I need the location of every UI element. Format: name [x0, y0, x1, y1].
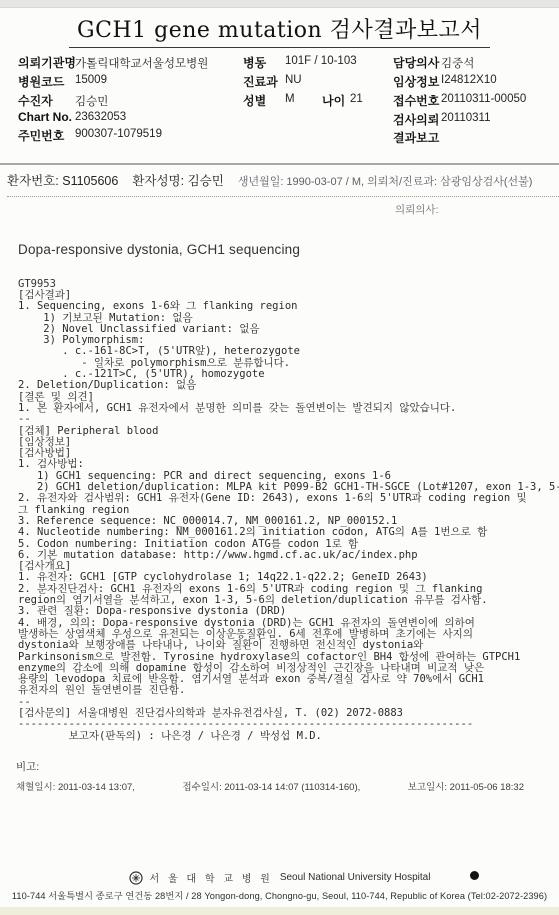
- collected-at: 채혈일시: 2011-03-14 13:07,: [16, 779, 135, 793]
- field-ward-label: 병동: [243, 54, 266, 71]
- field-org-label: 의뢰기관명: [18, 54, 76, 71]
- field-request-label: 검사의뢰: [393, 111, 439, 128]
- test-title: Dopa-responsive dystonia, GCH1 sequencin…: [18, 242, 559, 257]
- field-receipt-value: 20110311-00050: [441, 93, 526, 105]
- hospital-name-row: 서 울 대 학 교 병 원 Seoul National University …: [0, 870, 559, 885]
- results-section: [검사결과] 1. Sequencing, exons 1-6와 그 flank…: [18, 290, 559, 392]
- scan-bottom-edge: [0, 907, 559, 915]
- field-age-label: 나이: [322, 92, 345, 109]
- page-title: GCH1 gene mutation 검사결과보고서: [69, 13, 490, 48]
- conclusion-section: [결론 및 의견] 1. 본 환자에서, GCH1 유전자에서 분명한 의미를 …: [18, 392, 559, 415]
- field-sex-value: M: [285, 93, 295, 105]
- stamp-dot-icon: [470, 871, 479, 880]
- field-receipt-label: 접수번호: [393, 92, 439, 109]
- hospital-logo-icon: [129, 871, 143, 885]
- field-hospital-code-value: 15009: [75, 74, 107, 86]
- hospital-name-english: Seoul National University Hospital: [280, 872, 431, 883]
- scanned-report-page: GCH1 gene mutation 검사결과보고서 의뢰기관명 가톨릭대학교서…: [0, 0, 559, 915]
- reported-at: 보고일시: 2011-05-06 18:32: [408, 779, 524, 793]
- field-examinee-value: 김승민: [75, 93, 108, 109]
- field-resident-value: 900307-1079519: [75, 128, 162, 140]
- field-doctor-label: 담당의사: [393, 54, 439, 71]
- patient-name: 환자성명: 김승민: [132, 171, 223, 189]
- field-clinical-label: 임상정보: [393, 73, 439, 90]
- patient-birth-info: 생년월일: 1990-03-07 / M, 의뢰처/진료과: 삼광임상검사(선불…: [238, 173, 533, 189]
- field-chart-label: Chart No.: [18, 110, 72, 124]
- received-at: 접수일시: 2011-03-14 14:07 (110314-160),: [182, 779, 360, 793]
- hospital-name-korean: 서 울 대 학 교 병 원: [150, 870, 273, 885]
- field-hospital-code-label: 병원코드: [18, 73, 64, 90]
- patient-bar: 환자번호: S1105606 환자성명: 김승민 생년월일: 1990-03-0…: [0, 163, 559, 217]
- field-doctor-value: 김중석: [441, 55, 474, 71]
- date-row: 채혈일시: 2011-03-14 13:07, 접수일시: 2011-03-14…: [16, 779, 524, 793]
- field-clinical-value: I24812X10: [441, 74, 497, 86]
- header-fields: 의뢰기관명 가톨릭대학교서울성모병원 병동 101F / 10-103 담당의사…: [0, 52, 559, 148]
- specimen-number: GT9953: [18, 278, 559, 290]
- reporter-section: ----------------------------------------…: [18, 719, 559, 742]
- field-report-date-label: 결과보고: [393, 129, 439, 146]
- field-ward-value: 101F / 10-103: [285, 55, 357, 67]
- field-dept-label: 진료과: [243, 73, 278, 90]
- method-overview-section: -- [검체] Peripheral blood [임상정보] [검사방법] 1…: [18, 414, 559, 719]
- field-request-value: 20110311: [441, 112, 490, 124]
- field-age-value: 21: [350, 93, 363, 105]
- request-doctor-label: 의뢰의사:: [7, 202, 559, 217]
- field-sex-label: 성별: [243, 92, 266, 109]
- field-org-value: 가톨릭대학교서울성모병원: [75, 55, 208, 71]
- dotted-divider: [7, 196, 559, 197]
- remark-label: 비고:: [16, 759, 559, 774]
- patient-number: 환자번호: S1105606: [7, 171, 118, 189]
- field-chart-value: 23632053: [75, 111, 126, 123]
- field-dept-value: NU: [285, 74, 302, 86]
- footer: 서 울 대 학 교 병 원 Seoul National University …: [0, 870, 559, 902]
- field-examinee-label: 수진자: [18, 92, 53, 109]
- scan-top-edge: [0, 0, 559, 8]
- field-resident-label: 주민번호: [18, 127, 64, 144]
- hospital-address: 110-744 서울특별시 종로구 연건동 28번지 / 28 Yongon-d…: [0, 888, 559, 902]
